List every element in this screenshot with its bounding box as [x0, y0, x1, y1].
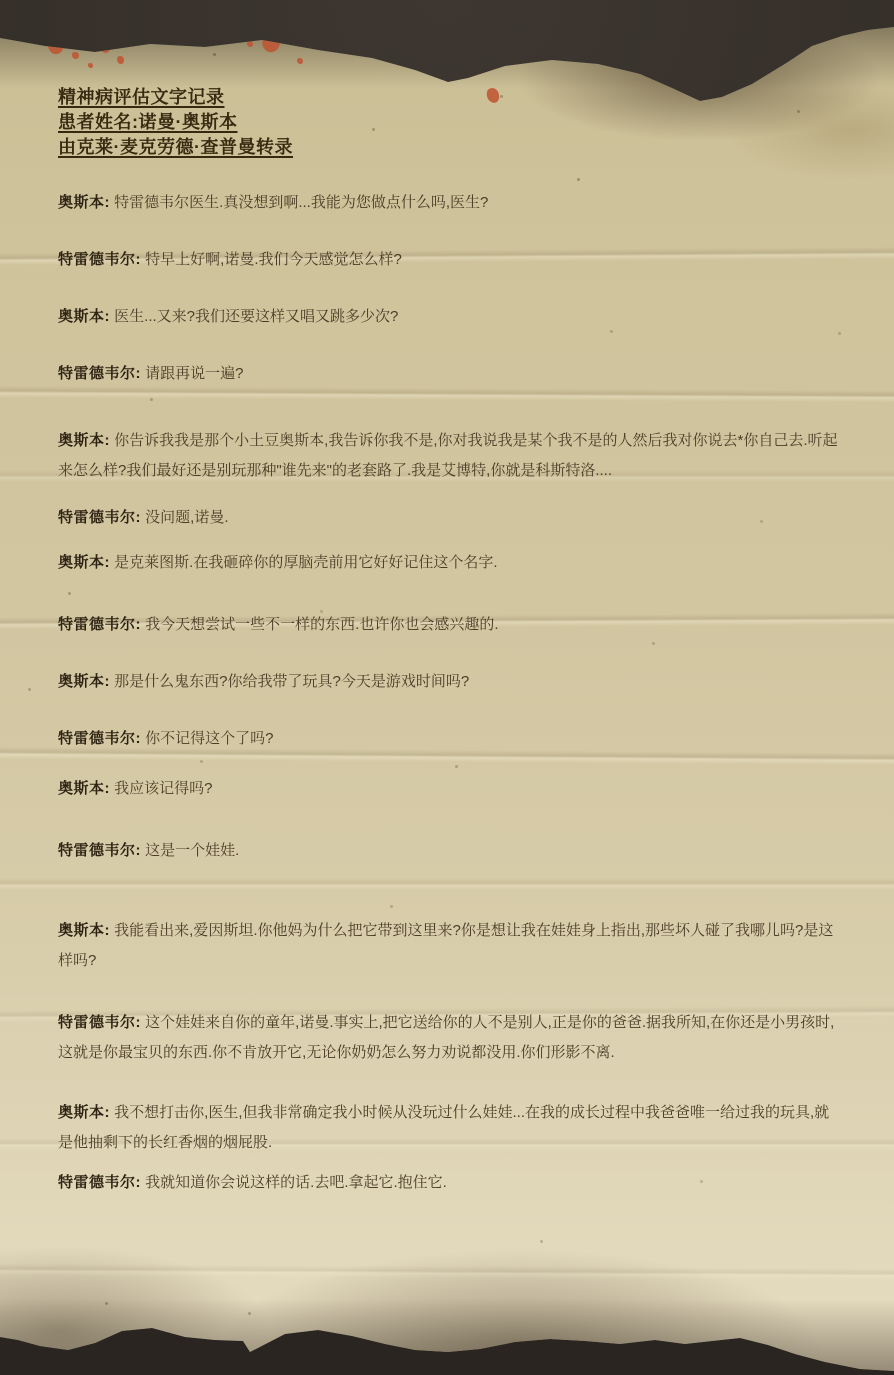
- dialogue-text: 医生...又来?我们还要这样又唱又跳多少次?: [114, 308, 398, 325]
- speaker-name: 特雷德韦尔:: [58, 730, 141, 747]
- dialogue-text: 你不记得这个了吗?: [145, 730, 273, 747]
- speaker-name: 奥斯本:: [58, 922, 110, 939]
- dialogue-text: 我能看出来,爱因斯坦.你他妈为什么把它带到这里来?你是想让我在娃娃身上指出,那些…: [58, 922, 833, 969]
- patient-name-line: 患者姓名:诺曼·奥斯本: [58, 110, 238, 135]
- ink-splatter: [117, 56, 124, 64]
- speaker-name: 特雷德韦尔:: [58, 1174, 141, 1191]
- dialogue-entry: 特雷德韦尔: 特早上好啊,诺曼.我们今天感觉怎么样?: [58, 245, 838, 275]
- speaker-name: 奥斯本:: [58, 780, 110, 797]
- dialogue-entry: 特雷德韦尔: 没问题,诺曼.: [58, 503, 838, 533]
- dialogue-entry: 奥斯本: 我不想打击你,医生,但我非常确定我小时候从没玩过什么娃娃...在我的成…: [58, 1098, 838, 1158]
- speaker-name: 特雷德韦尔:: [58, 842, 141, 859]
- dialogue-entry: 特雷德韦尔: 我今天想尝试一些不一样的东西.也许你也会感兴趣的.: [58, 610, 838, 640]
- dialogue-entry: 奥斯本: 是克莱图斯.在我砸碎你的厚脑壳前用它好好记住这个名字.: [58, 548, 838, 578]
- dialogue-entry: 奥斯本: 特雷德韦尔医生.真没想到啊...我能为您做点什么吗,医生?: [58, 188, 838, 218]
- speaker-name: 奥斯本:: [58, 308, 110, 325]
- dialogue-entry: 特雷德韦尔: 这是一个娃娃.: [58, 836, 838, 866]
- speaker-name: 奥斯本:: [58, 194, 110, 211]
- dialogue-transcript: 奥斯本: 特雷德韦尔医生.真没想到啊...我能为您做点什么吗,医生?特雷德韦尔:…: [58, 188, 838, 1198]
- dialogue-text: 你告诉我我是那个小土豆奥斯本,我告诉你我不是,你对我说我是某个我不是的人然后我对…: [58, 432, 838, 479]
- document-header: 精神病评估文字记录 患者姓名:诺曼·奥斯本 由克莱·麦克劳德·查普曼转录: [58, 85, 838, 160]
- paper-crease: [0, 1264, 894, 1281]
- dialogue-text: 我不想打击你,医生,但我非常确定我小时候从没玩过什么娃娃...在我的成长过程中我…: [58, 1104, 829, 1151]
- ink-splatter: [297, 58, 303, 64]
- speaker-name: 特雷德韦尔:: [58, 616, 141, 633]
- ink-splatter: [72, 52, 79, 59]
- dialogue-entry: 特雷德韦尔: 请跟再说一遍?: [58, 359, 838, 389]
- transcript-content: 精神病评估文字记录 患者姓名:诺曼·奥斯本 由克莱·麦克劳德·查普曼转录 奥斯本…: [58, 85, 838, 1225]
- dialogue-text: 我今天想尝试一些不一样的东西.也许你也会感兴趣的.: [145, 616, 498, 633]
- dialogue-text: 请跟再说一遍?: [145, 365, 243, 382]
- dialogue-text: 我就知道你会说这样的话.去吧.拿起它.抱住它.: [145, 1174, 447, 1191]
- paper-specks: [0, 0, 3, 3]
- dialogue-text: 这个娃娃来自你的童年,诺曼.事实上,把它送给你的人不是别人,正是你的爸爸.据我所…: [58, 1014, 834, 1061]
- desk-surface: 精神病评估文字记录 患者姓名:诺曼·奥斯本 由克莱·麦克劳德·查普曼转录 奥斯本…: [0, 0, 894, 1375]
- speaker-name: 特雷德韦尔:: [58, 365, 141, 382]
- transcript-paper: 精神病评估文字记录 患者姓名:诺曼·奥斯本 由克莱·麦克劳德·查普曼转录 奥斯本…: [0, 0, 894, 1375]
- dialogue-entry: 奥斯本: 我应该记得吗?: [58, 774, 838, 804]
- speaker-name: 奥斯本:: [58, 554, 110, 571]
- dialogue-entry: 奥斯本: 我能看出来,爱因斯坦.你他妈为什么把它带到这里来?你是想让我在娃娃身上…: [58, 916, 838, 976]
- dialogue-entry: 特雷德韦尔: 这个娃娃来自你的童年,诺曼.事实上,把它送给你的人不是别人,正是你…: [58, 1008, 838, 1068]
- dialogue-entry: 特雷德韦尔: 我就知道你会说这样的话.去吧.拿起它.抱住它.: [58, 1168, 838, 1198]
- ink-splatter: [88, 63, 93, 68]
- speaker-name: 奥斯本:: [58, 673, 110, 690]
- dialogue-text: 我应该记得吗?: [114, 780, 212, 797]
- torn-bottom-shadow: [0, 1280, 894, 1375]
- dialogue-text: 特雷德韦尔医生.真没想到啊...我能为您做点什么吗,医生?: [114, 194, 488, 211]
- speaker-name: 奥斯本:: [58, 432, 110, 449]
- dialogue-entry: 奥斯本: 你告诉我我是那个小土豆奥斯本,我告诉你我不是,你对我说我是某个我不是的…: [58, 426, 838, 486]
- ink-splatter: [247, 41, 253, 47]
- dialogue-text: 那是什么鬼东西?你给我带了玩具?今天是游戏时间吗?: [114, 673, 469, 690]
- speaker-name: 特雷德韦尔:: [58, 509, 141, 526]
- transcriber-line: 由克莱·麦克劳德·查普曼转录: [58, 135, 293, 160]
- dialogue-text: 特早上好啊,诺曼.我们今天感觉怎么样?: [145, 251, 402, 268]
- speaker-name: 奥斯本:: [58, 1104, 110, 1121]
- dialogue-text: 没问题,诺曼.: [145, 509, 228, 526]
- dialogue-text: 这是一个娃娃.: [145, 842, 239, 859]
- speaker-name: 特雷德韦尔:: [58, 1014, 141, 1031]
- document-title: 精神病评估文字记录: [58, 85, 225, 110]
- dialogue-entry: 奥斯本: 医生...又来?我们还要这样又唱又跳多少次?: [58, 302, 838, 332]
- speaker-name: 特雷德韦尔:: [58, 251, 141, 268]
- dialogue-entry: 奥斯本: 那是什么鬼东西?你给我带了玩具?今天是游戏时间吗?: [58, 667, 838, 697]
- dialogue-text: 是克莱图斯.在我砸碎你的厚脑壳前用它好好记住这个名字.: [114, 554, 497, 571]
- dialogue-entry: 特雷德韦尔: 你不记得这个了吗?: [58, 724, 838, 754]
